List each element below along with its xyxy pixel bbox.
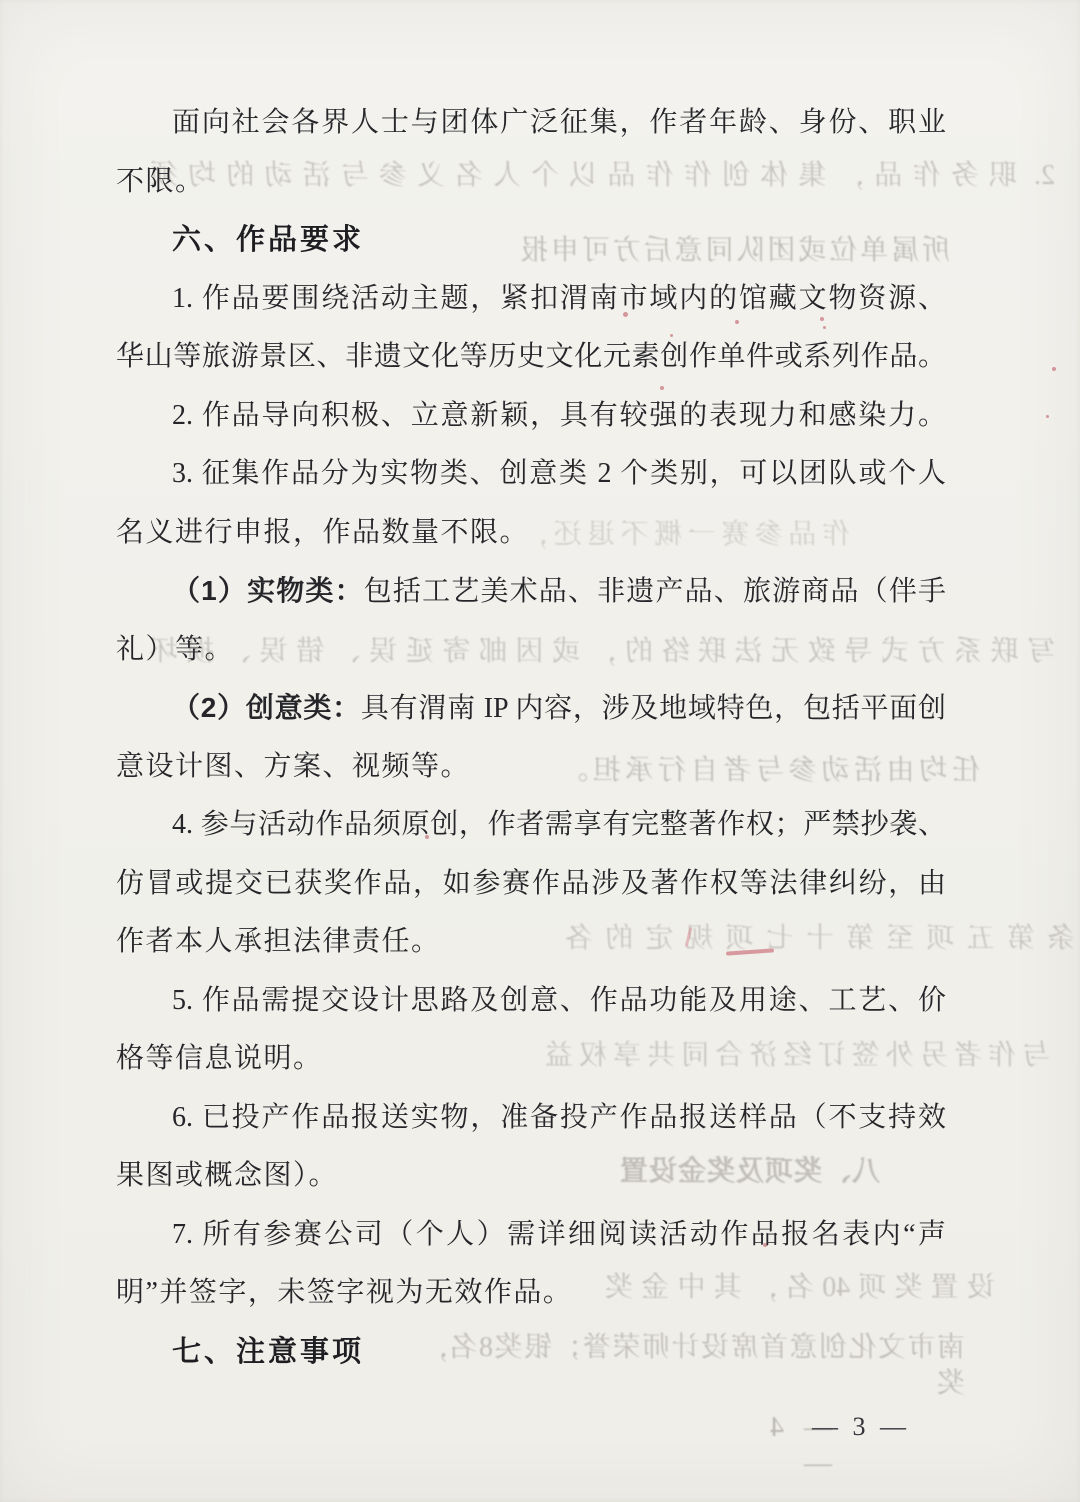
- ink-speck: [1046, 415, 1049, 418]
- text-line-body: 包括工艺美术品、非遗产品、旅游商品（伴手: [364, 576, 946, 607]
- text-line: 不限。: [116, 164, 205, 200]
- pen-mark: [685, 927, 693, 947]
- ink-speck: [735, 320, 739, 324]
- ink-speck: [660, 386, 664, 390]
- text-line: 果图或概念图）。: [116, 1158, 338, 1194]
- bleedthrough-line: 八、奖项及奖金设置: [620, 1153, 880, 1189]
- section-heading: 六、作品要求: [172, 222, 364, 258]
- text-line-body: 具有渭南 IP 内容，涉及地域特色，包括平面创: [361, 693, 946, 724]
- text-line: （2）创意类：具有渭南 IP 内容，涉及地域特色，包括平面创: [172, 690, 946, 727]
- bleedthrough-line: 写联系方式导致无法联络的，或因邮寄延误、错误、损坏: [150, 634, 1055, 670]
- bleedthrough-line: 所属单位或团队同意后方可申报: [520, 233, 950, 269]
- scanned-page: 2. 职务作品，集体创作作品以个人名义参与活动的均须所属单位或团队同意后方可申报…: [0, 0, 1080, 1502]
- text-line: 意设计图、方案、视频等。: [116, 749, 470, 785]
- text-line: 华山等旅游景区、非遗文化等历史文化元素创作单件或系列作品。: [116, 339, 946, 375]
- bleedthrough-line: 作品参赛一概不退还，: [520, 517, 850, 553]
- category-label: （1）实物类：: [172, 575, 364, 606]
- text-line: 6. 已投产作品报送实物，准备投产作品报送样品（不支持效: [172, 1100, 946, 1136]
- text-line: 明”并签字，未签字视为无效作品。: [116, 1275, 572, 1311]
- ink-speck: [763, 1243, 767, 1247]
- text-line: 名义进行申报，作品数量不限。: [116, 515, 529, 551]
- ink-speck: [425, 835, 429, 839]
- bleedthrough-line: 条第五项至第十七项规定的各: [565, 921, 1075, 957]
- text-line: 格等信息说明。: [116, 1041, 323, 1077]
- bleedthrough-line: 设置奖项40名，其中金奖: [605, 1270, 995, 1306]
- bleedthrough-line: 南市文化创意首席设计师荣誉；银奖8名，奖: [420, 1330, 965, 1402]
- pen-mark: [726, 948, 774, 955]
- bleedthrough-line: 2. 职务作品，集体创作作品以个人名义参与活动的均须: [150, 158, 1055, 194]
- bleedthrough-line: 与作者另外签订经济合同共享权益: [545, 1038, 1050, 1074]
- text-line: 作者本人承担法律责任。: [116, 924, 441, 960]
- text-line: 面向社会各界人士与团体广泛征集，作者年龄、身份、职业: [172, 105, 946, 141]
- text-line: （1）实物类：包括工艺美术品、非遗产品、旅游商品（伴手: [172, 573, 946, 610]
- text-line: 1. 作品要围绕活动主题，紧扣渭南市域内的馆藏文物资源、: [172, 281, 946, 317]
- text-line: 礼）等。: [116, 632, 234, 668]
- text-line: 3. 征集作品分为实物类、创意类 2 个类别，可以团队或个人: [172, 456, 946, 492]
- text-line: 仿冒或提交已获奖作品，如参赛作品涉及著作权等法律纠纷，由: [116, 866, 946, 902]
- bleedthrough-line: 任均由活动参与者自行承担。: [560, 753, 980, 789]
- section-heading: 七、注意事项: [172, 1334, 364, 1370]
- ink-speck: [820, 317, 824, 321]
- category-label: （2）创意类：: [172, 692, 361, 723]
- ink-speck: [823, 326, 826, 329]
- page-number: — 3 —: [812, 1412, 910, 1442]
- text-line: 2. 作品导向积极、立意新颖，具有较强的表现力和感染力。: [172, 398, 946, 434]
- text-line: 4. 参与活动作品须原创，作者需享有完整著作权；严禁抄袭、: [172, 807, 946, 843]
- ink-speck: [623, 312, 628, 317]
- ink-speck: [1052, 367, 1056, 371]
- text-line: 7. 所有参赛公司（个人）需详细阅读活动作品报名表内“声: [172, 1217, 946, 1253]
- text-line: 5. 作品需提交设计思路及创意、作品功能及用途、工艺、价: [172, 983, 946, 1019]
- ink-speck: [670, 334, 673, 337]
